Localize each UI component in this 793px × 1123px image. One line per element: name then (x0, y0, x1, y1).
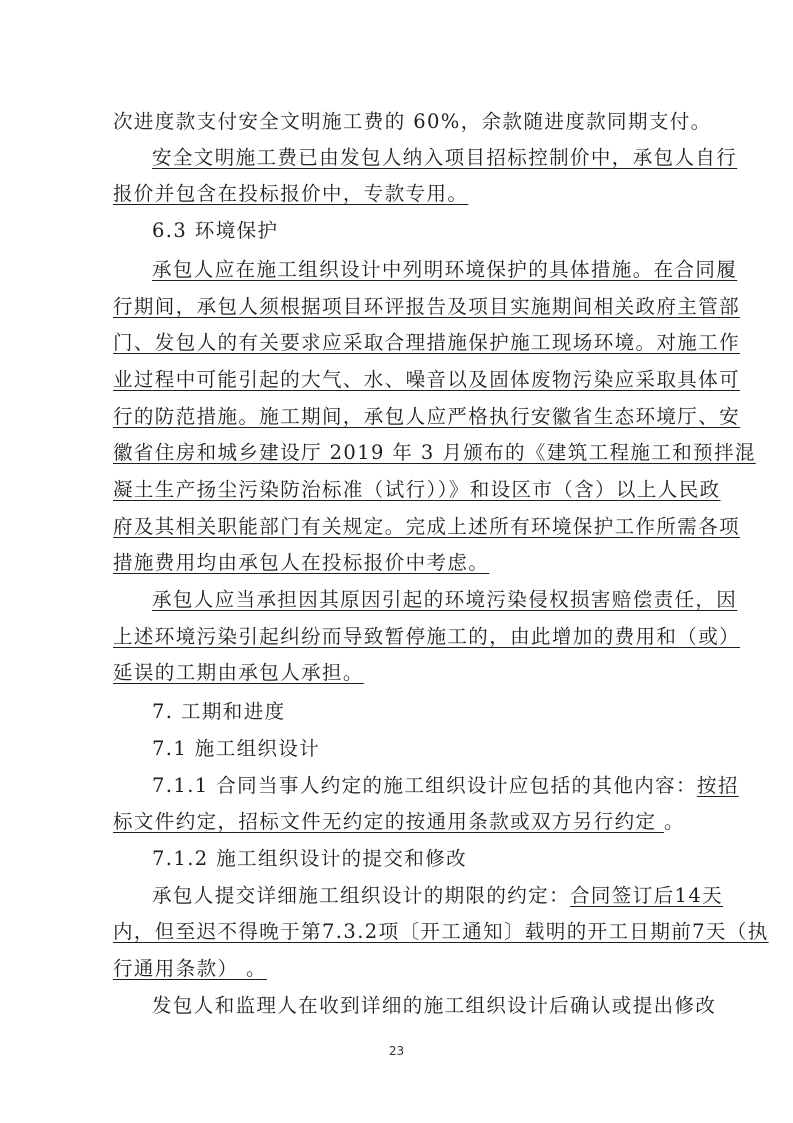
underlined-text: 报价并包含在投标报价中，专款专用。 (113, 182, 468, 205)
text-line: 凝土生产扬尘污染防治标准（试行））》和设区市（含）以上人民政 (113, 475, 698, 505)
text-segment: 次进度款支付安全文明施工费的 60%，余款随进度款同期支付。 (113, 110, 712, 133)
text-segment: 发包人和监理人在收到详细的施工组织设计后确认或提出修改 (152, 994, 716, 1017)
underlined-text: 业过程中可能引起的大气、水、噪音以及固体废物污染应采取具体可 (113, 368, 740, 391)
text-line: 发包人和监理人在收到详细的施工组织设计后确认或提出修改 (152, 991, 698, 1021)
text-line: 安全文明施工费已由发包人纳入项目招标控制价中，承包人自行 (152, 143, 698, 173)
section-heading: 7. 工期和进度 (152, 697, 698, 727)
text-line: 延误的工期由承包人承担。 (113, 658, 698, 688)
underlined-text: 措施费用均由承包人在投标报价中考虑。 (113, 551, 489, 574)
heading-text: 7.1 施工组织设计 (152, 737, 320, 760)
section-heading: 7.1.2 施工组织设计的提交和修改 (152, 844, 698, 874)
text-line: 报价并包含在投标报价中，专款专用。 (113, 179, 698, 209)
text-line: 行的防范措施。施工期间，承包人应严格执行安徽省生态环境厅、安 (113, 402, 698, 432)
underlined-text: 安全文明施工费已由发包人纳入项目招标控制价中，承包人自行 (152, 146, 737, 169)
underlined-text: 按招 (697, 774, 739, 797)
heading-text: 7. 工期和进度 (152, 700, 286, 723)
underlined-text: 承包人应当承担因其原因引起的环境污染侵权损害赔偿责任，因 (152, 588, 737, 611)
underlined-text: 凝土生产扬尘污染防治标准（试行））》和设区市（含）以上人民政 (113, 478, 721, 501)
underlined-text: 合同签订后14天 (570, 884, 723, 907)
underlined-text: 内，但至迟不得晚于第7.3.2项〔开工通知〕载明的开工日期前7天（执 (113, 920, 769, 943)
text-line: 标文件约定，招标文件无约定的按通用条款或双方另行约定 。 (113, 807, 698, 837)
underlined-text: 行通用条款） 。 (113, 957, 267, 980)
underlined-text: 承包人应在施工组织设计中列明环境保护的具体措施。在合同履 (152, 258, 737, 281)
text-line: 承包人提交详细施工组织设计的期限的约定：合同签订后14天 (152, 881, 698, 911)
text-line: 门、发包人的有关要求应采取合理措施保护施工现场环境。对施工作 (113, 328, 698, 358)
heading-text: 6.3 环境保护 (152, 219, 278, 242)
text-line: 内，但至迟不得晚于第7.3.2项〔开工通知〕载明的开工日期前7天（执 (113, 917, 698, 947)
underlined-text: 标文件约定，招标文件无约定的按通用条款或双方另行约定 (113, 810, 664, 833)
page-number: 23 (0, 1044, 793, 1058)
underlined-text: 上述环境污染引起纠纷而导致暂停施工的，由此增加的费用和（或） (113, 625, 740, 648)
text-segment: 7.1.1 合同当事人约定的施工组织设计应包括的其他内容： (152, 774, 697, 797)
text-line: 业过程中可能引起的大气、水、噪音以及固体废物污染应采取具体可 (113, 365, 698, 395)
text-line: 上述环境污染引起纠纷而导致暂停施工的，由此增加的费用和（或） (113, 622, 698, 652)
text-line: 行期间，承包人须根据项目环评报告及项目实施期间相关政府主管部 (113, 292, 698, 322)
underlined-text: 府及其相关职能部门有关规定。完成上述所有环境保护工作所需各项 (113, 515, 740, 538)
text-line: 次进度款支付安全文明施工费的 60%，余款随进度款同期支付。 (113, 107, 698, 137)
section-heading: 7.1 施工组织设计 (152, 734, 698, 764)
underlined-text: 行的防范措施。施工期间，承包人应严格执行安徽省生态环境厅、安 (113, 405, 740, 428)
heading-text: 7.1.2 施工组织设计的提交和修改 (152, 847, 467, 870)
text-line: 府及其相关职能部门有关规定。完成上述所有环境保护工作所需各项 (113, 512, 698, 542)
text-line: 7.1.1 合同当事人约定的施工组织设计应包括的其他内容：按招 (152, 771, 698, 801)
underlined-text: 徽省住房和城乡建设厅 2019 年 3 月颁布的《建筑工程施工和预拌混 (113, 441, 756, 464)
text-segment: 。 (664, 810, 685, 833)
text-line: 承包人应当承担因其原因引起的环境污染侵权损害赔偿责任，因 (152, 585, 698, 615)
underlined-text: 延误的工期由承包人承担。 (113, 661, 364, 684)
underlined-text: 门、发包人的有关要求应采取合理措施保护施工现场环境。对施工作 (113, 331, 740, 354)
text-segment: 承包人提交详细施工组织设计的期限的约定： (152, 884, 570, 907)
text-line: 徽省住房和城乡建设厅 2019 年 3 月颁布的《建筑工程施工和预拌混 (113, 438, 698, 468)
text-line: 承包人应在施工组织设计中列明环境保护的具体措施。在合同履 (152, 255, 698, 285)
text-line: 措施费用均由承包人在投标报价中考虑。 (113, 548, 698, 578)
document-page: 次进度款支付安全文明施工费的 60%，余款随进度款同期支付。 安全文明施工费已由… (0, 0, 793, 1123)
underlined-text: 行期间，承包人须根据项目环评报告及项目实施期间相关政府主管部 (113, 295, 740, 318)
text-line: 行通用条款） 。 (113, 954, 698, 984)
section-heading: 6.3 环境保护 (152, 216, 698, 246)
